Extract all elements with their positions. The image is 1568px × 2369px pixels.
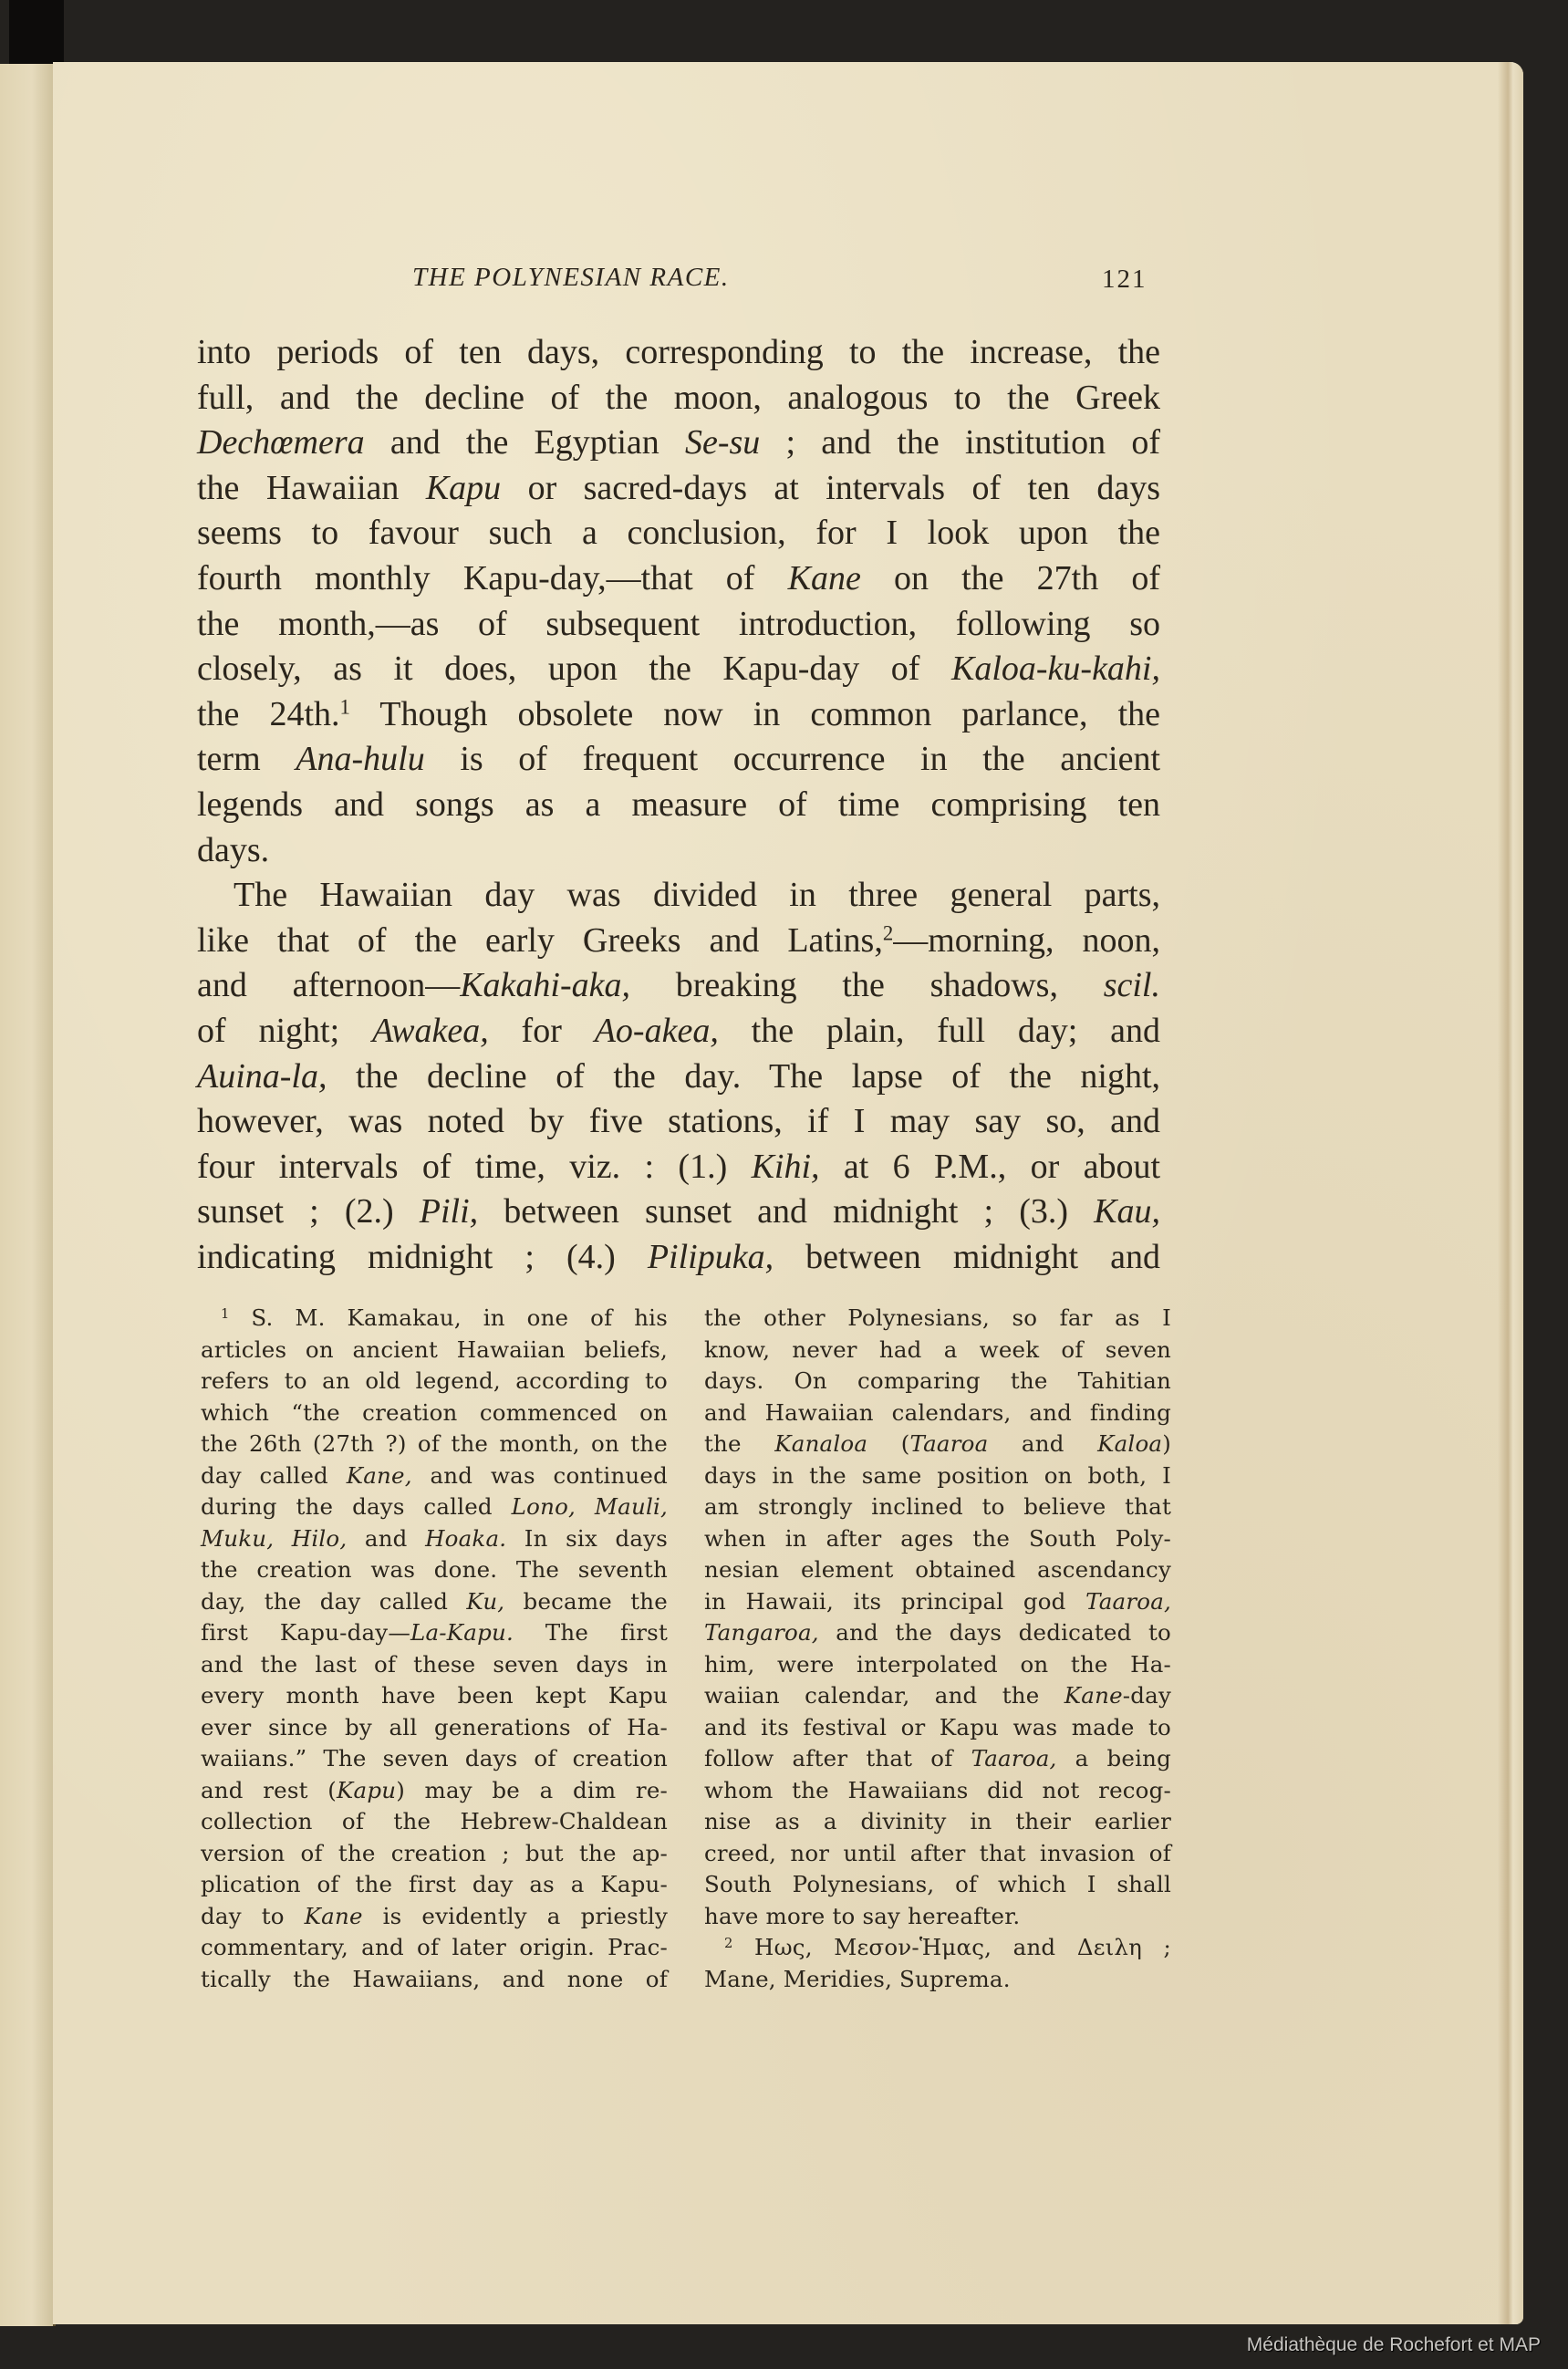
footnote-line: days in the same position on both, I <box>704 1460 1171 1492</box>
footnote-line: him, were interpolated on the Ha- <box>704 1649 1171 1681</box>
footnote-line: tically the Hawaiians, and none of <box>201 1964 668 1996</box>
footnote-line: version of the creation ; but the ap- <box>201 1838 668 1870</box>
italic-term: Se-su <box>685 423 760 462</box>
footnote-line: the Kanaloa (Taaroa and Kaloa) <box>704 1429 1171 1460</box>
footnote-line: day called Kane, and was continued <box>201 1460 668 1492</box>
page-fore-edge <box>1498 62 1523 2324</box>
footnote-line: collection of the Hebrew-Chaldean <box>201 1806 668 1838</box>
footnote-line: every month have been kept Kapu <box>201 1680 668 1712</box>
footnote-line: the 26th (27th ?) of the month, on the <box>201 1429 668 1460</box>
body-line: the 24th.1 Though obsolete now in common… <box>197 692 1160 738</box>
footnote-line: the other Polynesians, so far as I <box>704 1303 1171 1335</box>
italic-term: Kakahi-aka, <box>460 966 630 1004</box>
footnote-line: and its festival or Kapu was made to <box>704 1712 1171 1744</box>
left-page-edge <box>0 64 56 2326</box>
italic-term: Ana-hulu <box>296 740 424 778</box>
footnote-line: South Polynesians, of which I shall <box>704 1869 1171 1901</box>
footnote-ref-2[interactable]: 2 <box>883 921 893 944</box>
footnotes: 1 S. M. Kamakau, in one of his articles … <box>201 1303 1171 1995</box>
footnote-line: the creation was done. The seventh <box>201 1554 668 1586</box>
footnote-line: day, the day called Ku, became the <box>201 1586 668 1618</box>
body-line: Auina-la, the decline of the day. The la… <box>197 1055 1160 1100</box>
footnote-line: ever since by all generations of Ha- <box>201 1712 668 1744</box>
body-line: the Hawaiian Kapu or sacred-days at inte… <box>197 466 1160 512</box>
italic-term: Dechœmera <box>197 423 365 462</box>
library-watermark: Médiathèque de Rochefort et MAP <box>1247 2334 1541 2356</box>
italic-term: Ao-akea, <box>595 1012 719 1050</box>
body-line: Dechœmera and the Egyptian Se-su ; and t… <box>197 421 1160 466</box>
running-title: THE POLYNESIAN RACE. <box>412 263 1160 293</box>
italic-term: scil. <box>1104 966 1160 1004</box>
italic-term: Kane <box>788 559 861 597</box>
italic-term: Kau, <box>1094 1192 1160 1231</box>
body-line: seems to favour such a conclusion, for I… <box>197 511 1160 556</box>
footnote-ref-1[interactable]: 1 <box>340 695 350 718</box>
footnote-line: Tangaroa, and the days dedicated to <box>704 1617 1171 1649</box>
footnote-line: Mane, Meridies, Suprema. <box>704 1964 1171 1996</box>
body-line: indicating midnight ; (4.) Pilipuka, bet… <box>197 1235 1160 1281</box>
page-number: 121 <box>1102 265 1147 295</box>
footnote-line: refers to an old legend, according to <box>201 1366 668 1398</box>
footnote-line: am strongly inclined to believe that <box>704 1491 1171 1523</box>
footnote-line: have more to say hereafter. <box>704 1901 1171 1933</box>
footnote-2-start: 2 Ηως, Μεσον-Ἡμας, and Δειλη ; <box>704 1932 1171 1964</box>
body-line: however, was noted by five stations, if … <box>197 1099 1160 1145</box>
body-line: days. <box>197 828 1160 874</box>
footnote-column-right: the other Polynesians, so far as I know,… <box>704 1303 1171 1995</box>
body-line: fourth monthly Kapu-day,—that of Kane on… <box>197 556 1160 602</box>
footnote-1-start: 1 S. M. Kamakau, in one of his <box>201 1303 668 1335</box>
body-line: sunset ; (2.) Pili, between sunset and m… <box>197 1190 1160 1235</box>
footnote-line: when in after ages the South Poly- <box>704 1523 1171 1555</box>
footnote-line: plication of the first day as a Kapu- <box>201 1869 668 1901</box>
body-line: and afternoon—Kakahi-aka, breaking the s… <box>197 963 1160 1009</box>
italic-term: Kaloa-ku-kahi, <box>951 649 1160 688</box>
body-line: full, and the decline of the moon, analo… <box>197 376 1160 421</box>
footnote-line: nise as a divinity in their earlier <box>704 1806 1171 1838</box>
italic-term: Kihi, <box>752 1148 820 1186</box>
italic-term: Kapu <box>426 469 501 507</box>
footnote-line: first Kapu-day—La-Kapu. The first <box>201 1617 668 1649</box>
footnote-line: during the days called Lono, Mauli, <box>201 1491 668 1523</box>
footnote-line: in Hawaii, its principal god Taaroa, <box>704 1586 1171 1618</box>
footnote-column-left: 1 S. M. Kamakau, in one of his articles … <box>201 1303 668 1995</box>
footnote-line: articles on ancient Hawaiian beliefs, <box>201 1335 668 1366</box>
body-line: four intervals of time, viz. : (1.) Kihi… <box>197 1145 1160 1190</box>
footnote-line: and rest (Kapu) may be a dim re- <box>201 1775 668 1807</box>
body-line: into periods of ten days, corresponding … <box>197 330 1160 376</box>
footnote-line: Muku, Hilo, and Hoaka. In six days <box>201 1523 668 1555</box>
italic-term: Awakea, <box>372 1012 489 1050</box>
footnote-line: and Hawaiian calendars, and finding <box>704 1398 1171 1429</box>
footnote-line: day to Kane is evidently a priestly <box>201 1901 668 1933</box>
body-text: into periods of ten days, corresponding … <box>197 330 1160 1280</box>
body-line: term Ana-hulu is of frequent occurrence … <box>197 737 1160 783</box>
footnote-line: waiian calendar, and the Kane-day <box>704 1680 1171 1712</box>
footnote-line: commentary, and of later origin. Prac- <box>201 1932 668 1964</box>
footnote-line: waiians.” The seven days of creation <box>201 1743 668 1775</box>
italic-term: Pilipuka, <box>648 1238 774 1276</box>
body-line: the month,—as of subsequent introduction… <box>197 602 1160 648</box>
body-line: closely, as it does, upon the Kapu-day o… <box>197 647 1160 692</box>
footnote-line: nesian element obtained ascendancy <box>704 1554 1171 1586</box>
footnote-marker-1: 1 <box>221 1306 230 1322</box>
footnote-marker-2: 2 <box>724 1936 733 1951</box>
footnote-line: know, never had a week of seven <box>704 1335 1171 1366</box>
footnote-line: and the last of these seven days in <box>201 1649 668 1681</box>
italic-term: Auina-la, <box>197 1057 327 1096</box>
footnote-line: days. On comparing the Tahitian <box>704 1366 1171 1398</box>
italic-term: Pili, <box>420 1192 478 1231</box>
footnote-line: which “the creation commenced on <box>201 1398 668 1429</box>
body-line: of night; Awakea, for Ao-akea, the plain… <box>197 1009 1160 1055</box>
body-line-paragraph-start: The Hawaiian day was divided in three ge… <box>197 873 1160 919</box>
footnote-line: creed, nor until after that invasion of <box>704 1838 1171 1870</box>
footnote-line: follow after that of Taaroa, a being <box>704 1743 1171 1775</box>
body-line: legends and songs as a measure of time c… <box>197 783 1160 828</box>
footnote-line: whom the Hawaiians did not recog- <box>704 1775 1171 1807</box>
body-line: like that of the early Greeks and Latins… <box>197 919 1160 964</box>
